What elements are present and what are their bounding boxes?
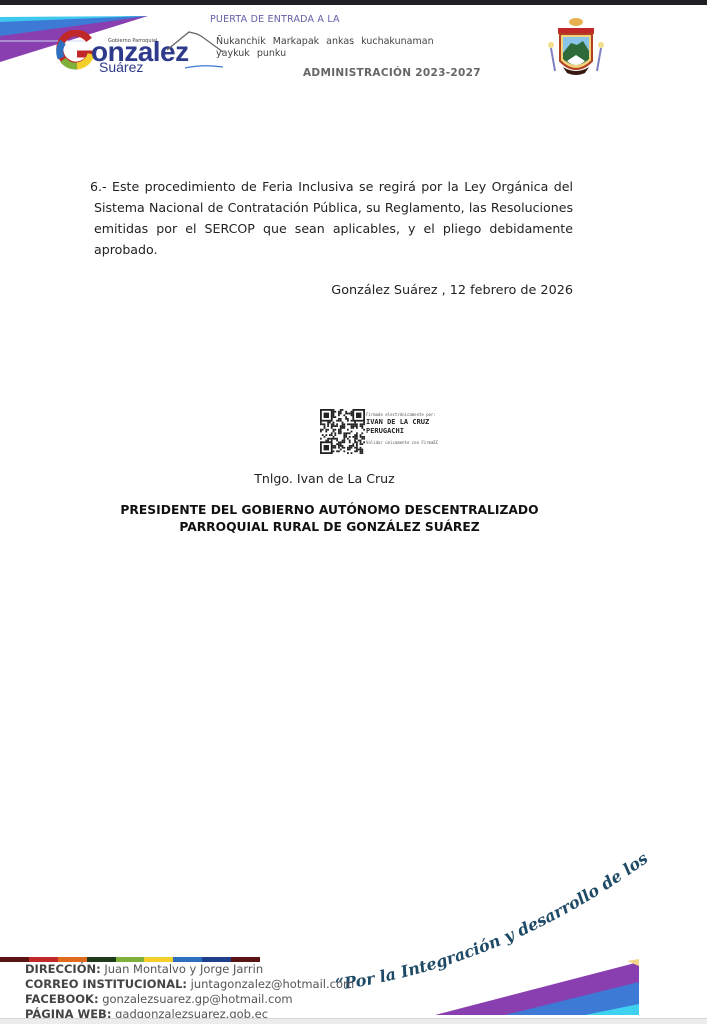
footer-facebook: FACEBOOK: gonzalezsuarez.gp@hotmail.com — [25, 992, 293, 1006]
electronic-signature-qr-code[interactable] — [320, 409, 365, 454]
place-and-date: González Suárez , 12 febrero de 2026 — [331, 283, 573, 298]
footer-facebook-link[interactable]: gonzalezsuarez.gp@hotmail.com — [102, 992, 292, 1006]
footer-email-label: CORREO INSTITUCIONAL: — [25, 977, 187, 991]
header-tagline-2: Ñukanchik Markapak ankas kuchakunaman ya… — [216, 36, 461, 60]
gonzalez-suarez-logo: Gobierno Parroquial onzalez Suárez — [55, 28, 225, 76]
viewer-top-bar — [0, 0, 707, 5]
footer-address: DIRECCIÓN: Juan Montalvo y Jorge Jarrin — [25, 962, 263, 976]
signer-name-text: Tnlgo. Ivan de La Cruz — [254, 471, 395, 486]
footer-email: CORREO INSTITUCIONAL: juntagonzalez@hotm… — [25, 977, 354, 991]
footer-address-value: Juan Montalvo y Jorge Jarrin — [104, 962, 263, 976]
stamp-line-1: Firmado electrónicamente por: — [366, 412, 438, 417]
footer-address-label: DIRECCIÓN: — [25, 962, 101, 976]
article-6-paragraph: 6.- Este procedimiento de Feria Inclusiv… — [94, 176, 573, 260]
logo-sub: Suárez — [99, 59, 143, 75]
parish-coat-of-arms-icon — [545, 15, 607, 81]
viewer-bottom-edge — [0, 1018, 707, 1024]
signer-title-line-2: PARROQUIAL RURAL DE GONZÁLEZ SUÁREZ — [0, 519, 683, 536]
signer-title-line-1: PRESIDENTE DEL GOBIERNO AUTÓNOMO DESCENT… — [0, 502, 683, 519]
signer-title: PRESIDENTE DEL GOBIERNO AUTÓNOMO DESCENT… — [0, 502, 707, 536]
stamp-signer-name-1: IVAN DE LA CRUZ — [366, 418, 438, 426]
administration-period: ADMINISTRACIÓN 2023-2027 — [303, 67, 481, 79]
stamp-line-3: Validar únicamente con FirmaEC — [366, 440, 438, 445]
footer-facebook-label: FACEBOOK: — [25, 992, 99, 1006]
stamp-signer-name-2: PERUGACHI — [366, 427, 438, 435]
footer-email-link[interactable]: juntagonzalez@hotmail.com — [191, 977, 355, 991]
volcano-icon — [167, 28, 223, 74]
footer-swoosh-graphic — [435, 958, 640, 1016]
logo-g-mark-icon — [55, 30, 95, 70]
header-tagline-1: PUERTA DE ENTRADA A LA — [210, 14, 340, 25]
signer-name: Tnlgo. Ivan de La Cruz — [0, 471, 707, 486]
electronic-signature-stamp: Firmado electrónicamente por: IVAN DE LA… — [366, 412, 438, 445]
